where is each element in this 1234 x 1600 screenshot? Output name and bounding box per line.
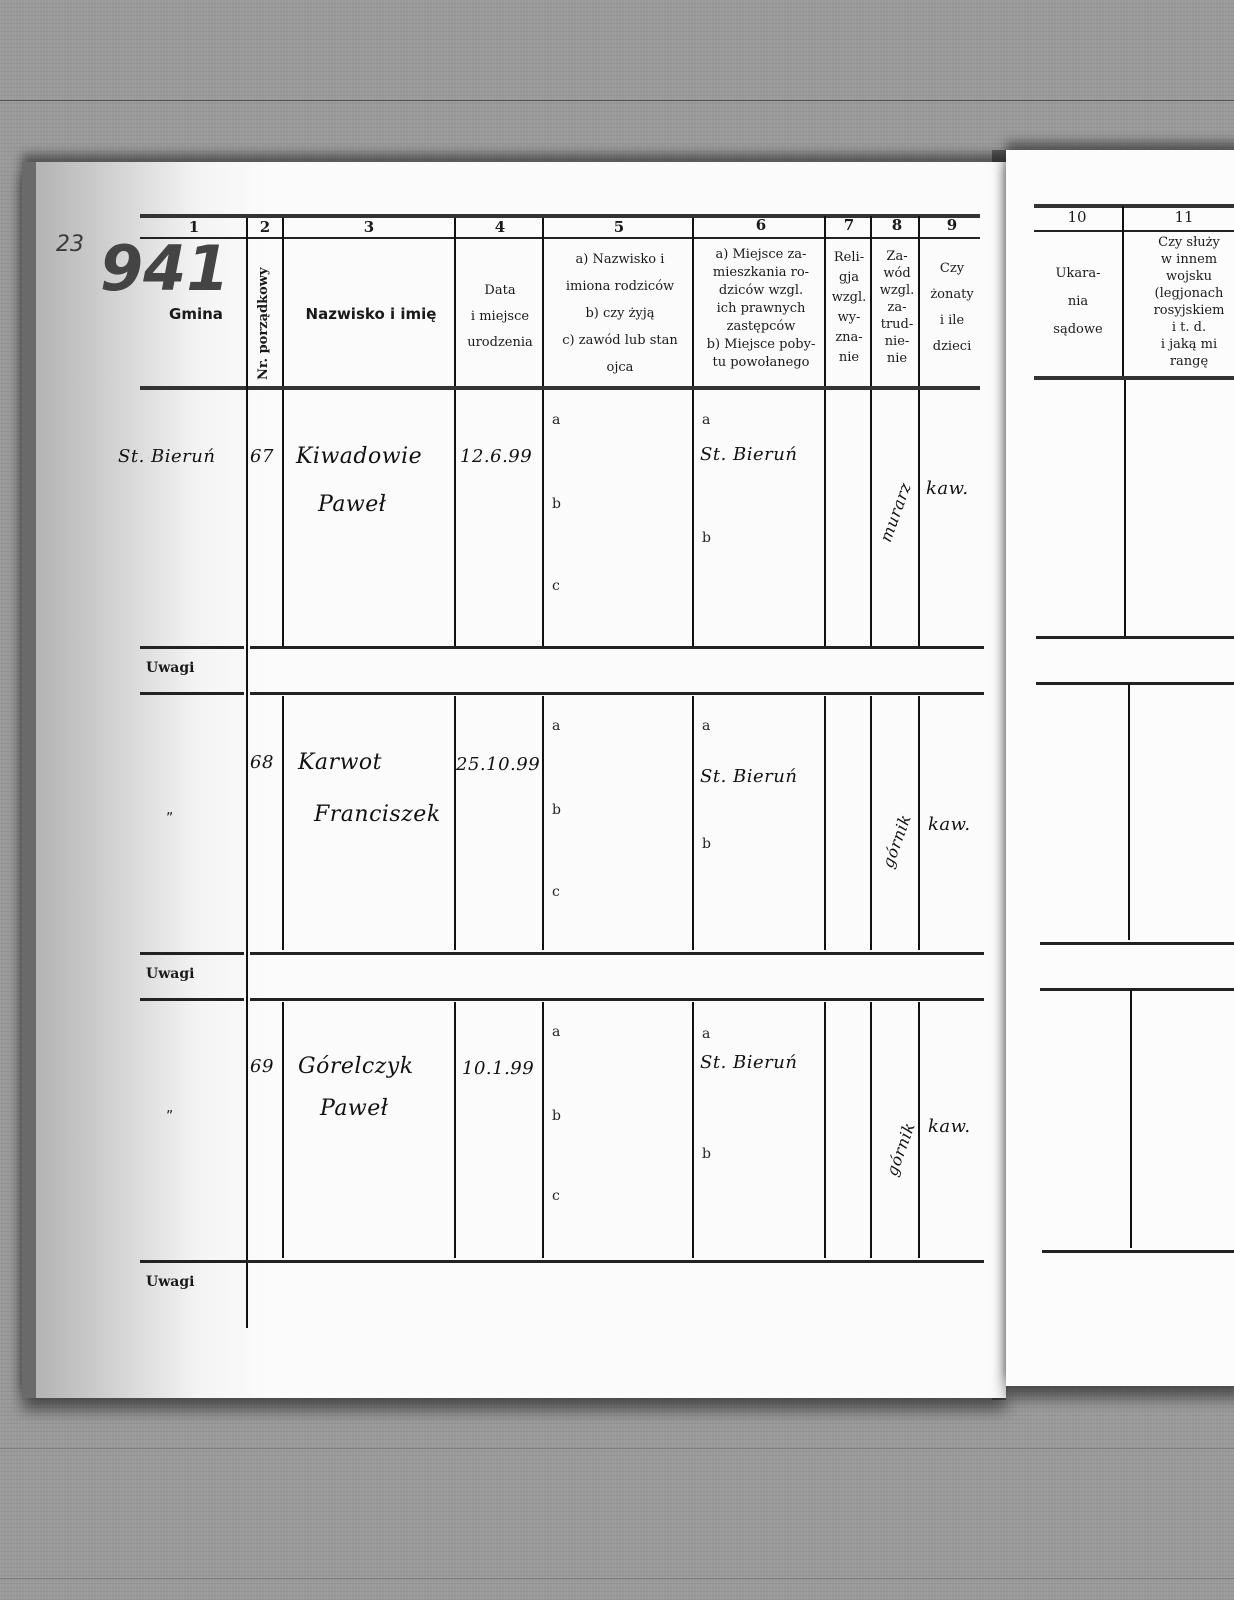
header-line: zna- [826,328,872,348]
row2-divider [870,696,872,950]
row3-divider [692,1002,694,1258]
header-line: rosyjskiem [1124,302,1234,319]
row2-divider [542,696,544,950]
row1-divider [1124,380,1126,636]
row2-divider [454,696,456,950]
header-line: b) czy żyją [544,300,696,327]
col-divider-8-9 [918,216,920,386]
header-number-rule [140,237,980,239]
record-1-sub-c: c [552,578,560,594]
row2-divider [1128,684,1130,940]
remarks-1-label: Uwagi [146,660,194,676]
header-line: dzieci [922,334,982,360]
col-header-convictions: Ukara- nia sądowe [1034,260,1122,344]
col-divider-2-3 [282,218,284,386]
scan-artifact-line [0,1448,1234,1449]
remarks-2-top-rule [250,952,984,955]
remarks-2-bottom-rule [140,998,244,1001]
record-2-sub6-a: a [702,718,710,734]
remarks-1-bottom-rule [140,692,244,695]
header-line: gja [826,268,872,288]
header-number-rule [1034,230,1234,232]
row1-divider [454,390,456,646]
record-1-birth-date: 12.6.99 [460,446,532,467]
header-line: dziców wzgl. [694,282,828,300]
header-line: nie [826,348,872,368]
record-3-sub6-b: b [702,1146,711,1162]
col-header-residence: a) Miejsce za- mieszkania ro- dziców wzg… [694,246,828,372]
row1-divider [542,390,544,646]
remarks-1-top-rule [250,646,984,649]
record-1-occupation: murarz [876,480,915,545]
col-divider-4-5 [542,218,544,386]
row2-divider [918,696,920,950]
record-2-given-name: Franciszek [314,802,441,827]
record-1-given-name: Paweł [318,492,386,517]
header-line: Czy [922,256,982,282]
col-header-nr: Nr. porządkowy [256,267,271,380]
col-num-5: 5 [544,218,694,236]
col-num-8: 8 [874,216,920,234]
col-header-married: Czy żonaty i ile dzieci [922,256,982,360]
scan-artifact-line [0,100,1234,101]
header-line: za- [874,299,920,316]
record-1-sub6-b: b [702,530,711,546]
col-header-religion: Reli- gja wzgl. wy- zna- nie [826,248,872,368]
remarks-2-top-rule [1040,942,1234,945]
header-line: żonaty [922,282,982,308]
record-2-birth-date: 25.10.99 [456,754,540,775]
header-line: sądowe [1034,316,1122,344]
header-line: a) Miejsce za- [694,246,828,264]
row3-divider [454,1002,456,1258]
header-bottom-rule [1034,376,1234,380]
header-line: nia [1034,288,1122,316]
record-2-occupation: górnik [878,812,915,871]
record-3-occupation: górnik [882,1120,919,1179]
record-3-marital: kaw. [928,1116,971,1137]
header-line: Czy służy [1124,234,1234,251]
col-num-7: 7 [826,216,872,234]
header-line: rangę [1124,353,1234,370]
remarks-3-top-rule [140,1260,984,1263]
row3-divider [824,1002,826,1258]
record-2-sub-c: c [552,884,560,900]
record-2-nr: 68 [250,752,274,773]
header-line: mieszkania ro- [694,264,828,282]
header-line: Za- [874,248,920,265]
archive-number-large: 941 [100,232,229,305]
col-num-4: 4 [456,218,544,236]
record-2-parents-residence: St. Bieruń [700,766,797,787]
row1-divider [824,390,826,646]
col-divider-3-4 [454,218,456,386]
record-3-birth-date: 10.1.99 [462,1058,534,1079]
header-line: nie- [874,333,920,350]
record-3-gmina-ditto: „ [166,1100,173,1116]
record-1-nr: 67 [250,446,274,467]
row2-divider [824,696,826,950]
remarks-1-top-rule [140,646,244,649]
record-1-sub6-a: a [702,412,710,428]
record-2-sub-b: b [552,802,561,818]
row3-divider [282,1002,284,1258]
record-1-marital: kaw. [926,478,969,499]
scan-artifact-line [0,1578,1234,1579]
header-line: Data [456,278,544,304]
header-line: b) Miejsce poby- [694,336,828,354]
header-line: (legjonach [1124,285,1234,302]
col-header-foreign-service: Czy służy w innem wojsku (legjonach rosy… [1124,234,1234,370]
record-2-sub6-b: b [702,836,711,852]
header-line: trud- [874,316,920,333]
record-1-gmina: St. Bieruń [118,446,215,467]
header-line: c) zawód lub stan [544,327,696,354]
row3-divider [870,1002,872,1258]
col-num-1: 1 [146,218,242,236]
col-header-parents: a) Nazwisko i imiona rodziców b) czy żyj… [544,246,696,381]
header-line: wojsku [1124,268,1234,285]
header-line: i jaką mi [1124,336,1234,353]
archive-number-small: 23 [56,232,84,257]
remarks-2-bottom-rule [1040,988,1234,991]
remarks-1-bottom-rule [1036,682,1234,685]
col-divider-7-8 [870,216,872,386]
record-2-marital: kaw. [928,814,971,835]
col-num-11: 11 [1124,208,1234,226]
record-1-sub-b: b [552,496,561,512]
header-line: tu powołanego [694,354,828,372]
header-line: i ile [922,308,982,334]
row3-divider [1130,990,1132,1248]
remarks-2-bottom-rule [250,998,984,1001]
record-3-sub6-a: a [702,1026,710,1042]
header-line: wy- [826,308,872,328]
record-1-parents-residence: St. Bieruń [700,444,797,465]
header-line: i miejsce [456,304,544,330]
col-divider-6-7 [824,216,826,386]
col-num-10: 10 [1034,208,1120,226]
record-3-given-name: Paweł [320,1096,388,1121]
remarks-2-top-rule [140,952,244,955]
header-line: Ukara- [1034,260,1122,288]
header-line: imiona rodziców [544,273,696,300]
header-line: wód [874,265,920,282]
row2-divider [282,696,284,950]
record-3-parents-residence: St. Bieruń [700,1052,797,1073]
record-3-surname: Górelczyk [298,1054,414,1079]
col-num-9: 9 [922,216,982,234]
record-2-surname: Karwot [298,750,382,775]
header-line: nie [874,350,920,367]
header-line: a) Nazwisko i [544,246,696,273]
col-num-6: 6 [696,216,826,234]
header-bottom-rule [140,386,980,390]
record-3-sub-c: c [552,1188,560,1204]
header-line: wzgl. [826,288,872,308]
col-divider-1-2 [246,218,248,1328]
row3-divider [918,1002,920,1258]
col-num-2: 2 [248,218,282,236]
header-line: ojca [544,354,696,381]
remarks-3-top-rule [1042,1250,1234,1253]
header-line: w innem [1124,251,1234,268]
row1-divider [282,390,284,646]
record-1-surname: Kiwadowie [296,444,422,469]
record-2-sub-a: a [552,718,560,734]
row1-divider [918,390,920,646]
header-line: Reli- [826,248,872,268]
col-header-birth: Data i miejsce urodzenia [456,278,544,356]
record-3-nr: 69 [250,1056,274,1077]
header-line: urodzenia [456,330,544,356]
header-line: zastępców [694,318,828,336]
remarks-1-top-rule [1036,636,1234,639]
row2-divider [692,696,694,950]
record-3-sub-b: b [552,1108,561,1124]
row1-divider [870,390,872,646]
col-num-3: 3 [284,218,454,236]
header-line: ich prawnych [694,300,828,318]
header-line: i t. d. [1124,319,1234,336]
col-divider-5-6 [692,218,694,386]
remarks-2-label: Uwagi [146,966,194,982]
col-header-gmina: Gmina [148,306,244,322]
header-line: wzgl. [874,282,920,299]
col-header-occupation: Za- wód wzgl. za- trud- nie- nie [874,248,920,367]
row3-divider [542,1002,544,1258]
col-header-name: Nazwisko i imię [286,306,456,322]
remarks-3-label: Uwagi [146,1274,194,1290]
remarks-1-bottom-rule [250,692,984,695]
record-3-sub-a: a [552,1024,560,1040]
record-1-sub-a: a [552,412,560,428]
register-page-left: 23 941 1 2 3 4 5 6 7 8 9 Gmina Nr. porzą… [22,162,1006,1398]
record-2-gmina-ditto: „ [166,802,173,818]
row1-divider [692,390,694,646]
register-page-right: 10 11 Ukara- nia sądowe Czy służy w inne… [1006,150,1234,1386]
